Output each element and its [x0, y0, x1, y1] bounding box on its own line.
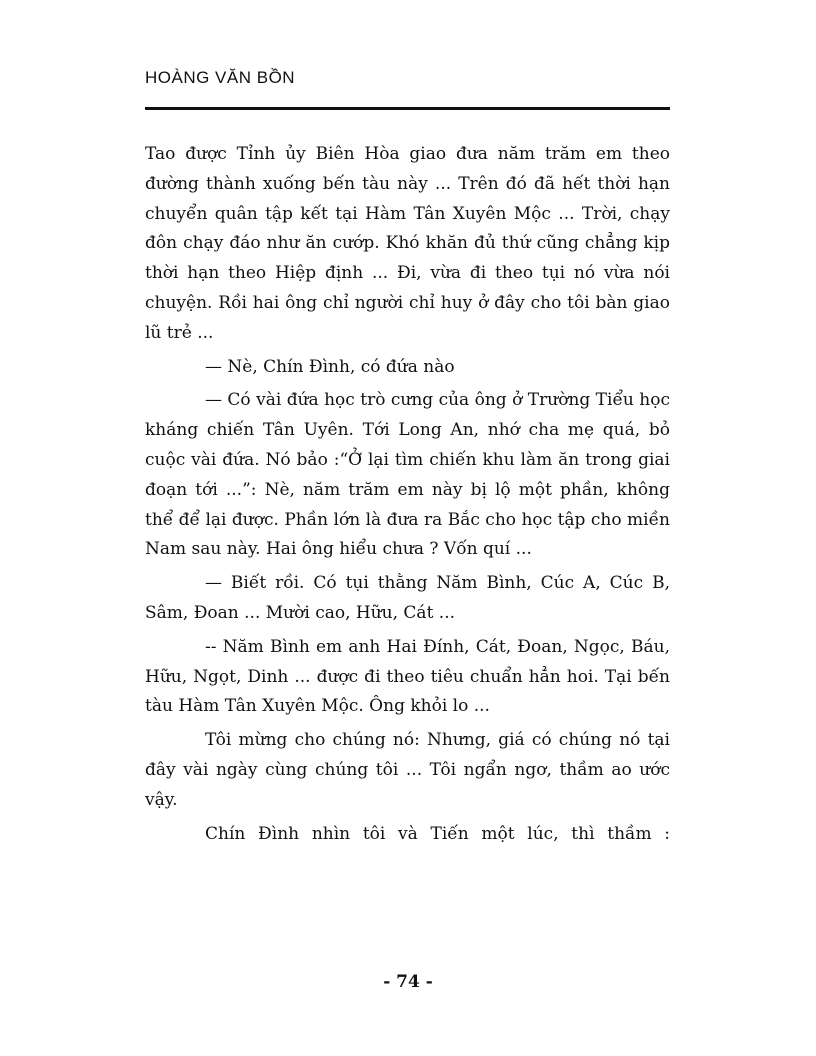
page-number: - 74 -: [0, 972, 816, 992]
paragraph-1: Tao được Tỉnh ủy Biên Hòa giao đưa năm t…: [145, 140, 670, 349]
paragraph-2-dialogue: — Nè, Chín Đình, có đứa nào: [145, 353, 670, 383]
paragraph-4-dialogue: — Biết rồi. Có tụi thằng Năm Bình, Cúc A…: [145, 569, 670, 629]
paragraph-3-dialogue: — Có vài đứa học trò cưng của ông ở Trườ…: [145, 386, 670, 565]
paragraph-6: Tôi mừng cho chúng nó: Nhưng, giá có chú…: [145, 726, 670, 815]
paragraph-7: Chín Đình nhìn tôi và Tiến một lúc, thì …: [145, 820, 670, 850]
page-body: Tao được Tỉnh ủy Biên Hòa giao đưa năm t…: [145, 140, 670, 849]
running-header-author: HOÀNG VĂN BỒN: [145, 68, 295, 88]
paragraph-5-dialogue: -- Năm Bình em anh Hai Đính, Cát, Đoan, …: [145, 633, 670, 722]
header-rule-divider: [145, 107, 670, 110]
